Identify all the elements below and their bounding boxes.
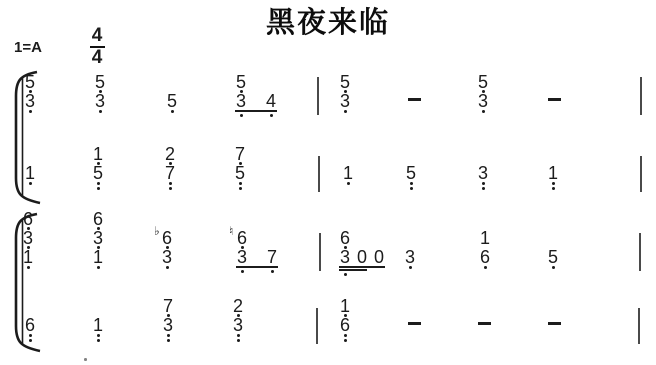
sheet-music-page: 黑夜来临 1=A 4 4 353553453535151725715311631…: [0, 0, 656, 365]
octave-dot: [97, 182, 100, 185]
octave-dot: [97, 162, 100, 165]
octave-dot: [347, 182, 350, 185]
octave-dot: [169, 187, 172, 190]
note-digit: 3: [237, 250, 247, 265]
note-digit: 3: [478, 94, 488, 109]
chord-note-digit: 2: [233, 299, 243, 314]
octave-dot: [97, 187, 100, 190]
note-digit: 6: [25, 318, 35, 333]
octave-dot: [240, 90, 243, 93]
sustain-dash: [408, 98, 421, 101]
octave-dot: [344, 334, 347, 337]
octave-dot: [237, 334, 240, 337]
chord-note-digit: 5: [95, 75, 105, 90]
note-digit: 3: [340, 94, 350, 109]
octave-dot: [99, 110, 102, 113]
barline: [640, 156, 642, 192]
chord-note-digit: 5: [478, 75, 488, 90]
octave-dot: [27, 246, 30, 249]
octave-dot: [344, 339, 347, 342]
octave-dot: [166, 246, 169, 249]
flat-accidental-icon: ♭: [154, 225, 160, 237]
rest-zero: 0: [357, 250, 367, 265]
octave-dot: [241, 270, 244, 273]
chord-note-digit: 1: [93, 147, 103, 162]
chord-note-digit: 6: [93, 212, 103, 227]
octave-dot: [482, 110, 485, 113]
note-digit: 3: [95, 94, 105, 109]
octave-dot: [239, 187, 242, 190]
octave-dot: [97, 334, 100, 337]
octave-dot: [240, 114, 243, 117]
chord-note-digit: 5: [236, 75, 246, 90]
note-digit: 5: [167, 94, 177, 109]
barline: [318, 156, 320, 192]
note-digit: 1: [25, 166, 35, 181]
octave-dot: [237, 339, 240, 342]
octave-dot: [552, 187, 555, 190]
beam-line: [236, 266, 278, 268]
chord-note-digit: 6: [340, 231, 350, 246]
note-digit: 5: [235, 166, 245, 181]
chord-note-digit: 1: [480, 231, 490, 246]
chord-note-digit: 5: [340, 75, 350, 90]
beam-line: [339, 266, 385, 268]
octave-dot: [169, 182, 172, 185]
octave-dot: [166, 266, 169, 269]
octave-dot: [97, 246, 100, 249]
octave-dot: [410, 187, 413, 190]
stray-dot: [84, 358, 87, 361]
rest-zero: 0: [374, 250, 384, 265]
octave-dot: [171, 110, 174, 113]
note-digit: 7: [165, 166, 175, 181]
octave-dot: [344, 273, 347, 276]
octave-dot: [169, 162, 172, 165]
barline: [317, 77, 319, 115]
note-digit: 1: [23, 250, 33, 265]
barline: [639, 233, 641, 271]
note-digit: 6: [480, 250, 490, 265]
note-digit: 3: [162, 250, 172, 265]
note-digit: 6: [340, 318, 350, 333]
sustain-dash: [478, 322, 491, 325]
octave-dot: [270, 114, 273, 117]
octave-dot: [482, 182, 485, 185]
note-digit: 1: [548, 166, 558, 181]
note-digit: 1: [93, 318, 103, 333]
sustain-dash: [548, 322, 561, 325]
octave-dot: [344, 90, 347, 93]
chord-note-digit: 5: [25, 75, 35, 90]
beam-line: [235, 110, 277, 112]
note-digit: 5: [548, 250, 558, 265]
note-digit: 3: [163, 318, 173, 333]
octave-dot: [29, 334, 32, 337]
barline: [640, 77, 642, 115]
note-digit: 1: [343, 166, 353, 181]
octave-dot: [552, 182, 555, 185]
sustain-dash: [408, 322, 421, 325]
chord-note-digit: 6: [23, 212, 33, 227]
note-digit: 4: [266, 94, 276, 109]
octave-dot: [29, 182, 32, 185]
octave-dot: [167, 314, 170, 317]
chord-note-digit: 1: [340, 299, 350, 314]
octave-dot: [97, 339, 100, 342]
octave-dot: [29, 110, 32, 113]
score-area: 3535534535351517257153116316336♭376♮3006…: [0, 0, 656, 365]
note-digit: 3: [233, 318, 243, 333]
octave-dot: [239, 182, 242, 185]
octave-dot: [552, 266, 555, 269]
octave-dot: [27, 266, 30, 269]
octave-dot: [482, 187, 485, 190]
octave-dot: [167, 339, 170, 342]
octave-dot: [344, 110, 347, 113]
chord-note-digit: 7: [163, 299, 173, 314]
note-digit: 5: [406, 166, 416, 181]
chord-note-digit: 2: [165, 147, 175, 162]
barline: [316, 308, 318, 344]
octave-dot: [97, 266, 100, 269]
note-digit: 5: [93, 166, 103, 181]
chord-note-digit: 6♭: [162, 231, 172, 246]
beam-line: [339, 269, 367, 271]
octave-dot: [241, 246, 244, 249]
octave-dot: [410, 182, 413, 185]
octave-dot: [29, 90, 32, 93]
barline: [319, 233, 321, 271]
barline: [638, 308, 640, 344]
note-digit: 3: [236, 94, 246, 109]
chord-note-digit: 6♮: [237, 231, 247, 246]
sustain-dash: [548, 98, 561, 101]
note-digit: 3: [478, 166, 488, 181]
note-digit: 1: [93, 250, 103, 265]
octave-dot: [409, 266, 412, 269]
octave-dot: [29, 339, 32, 342]
note-digit: 3: [405, 250, 415, 265]
octave-dot: [484, 266, 487, 269]
note-digit: 7: [267, 250, 277, 265]
note-digit: 3: [25, 94, 35, 109]
octave-dot: [344, 246, 347, 249]
octave-dot: [239, 162, 242, 165]
octave-dot: [482, 90, 485, 93]
octave-dot: [167, 334, 170, 337]
natural-accidental-icon: ♮: [229, 225, 233, 237]
chord-note-digit: 7: [235, 147, 245, 162]
note-digit: 3: [340, 250, 350, 265]
octave-dot: [271, 270, 274, 273]
chord-note-digit: 3: [23, 231, 33, 246]
octave-dot: [237, 314, 240, 317]
chord-note-digit: 3: [93, 231, 103, 246]
octave-dot: [344, 314, 347, 317]
octave-dot: [99, 90, 102, 93]
